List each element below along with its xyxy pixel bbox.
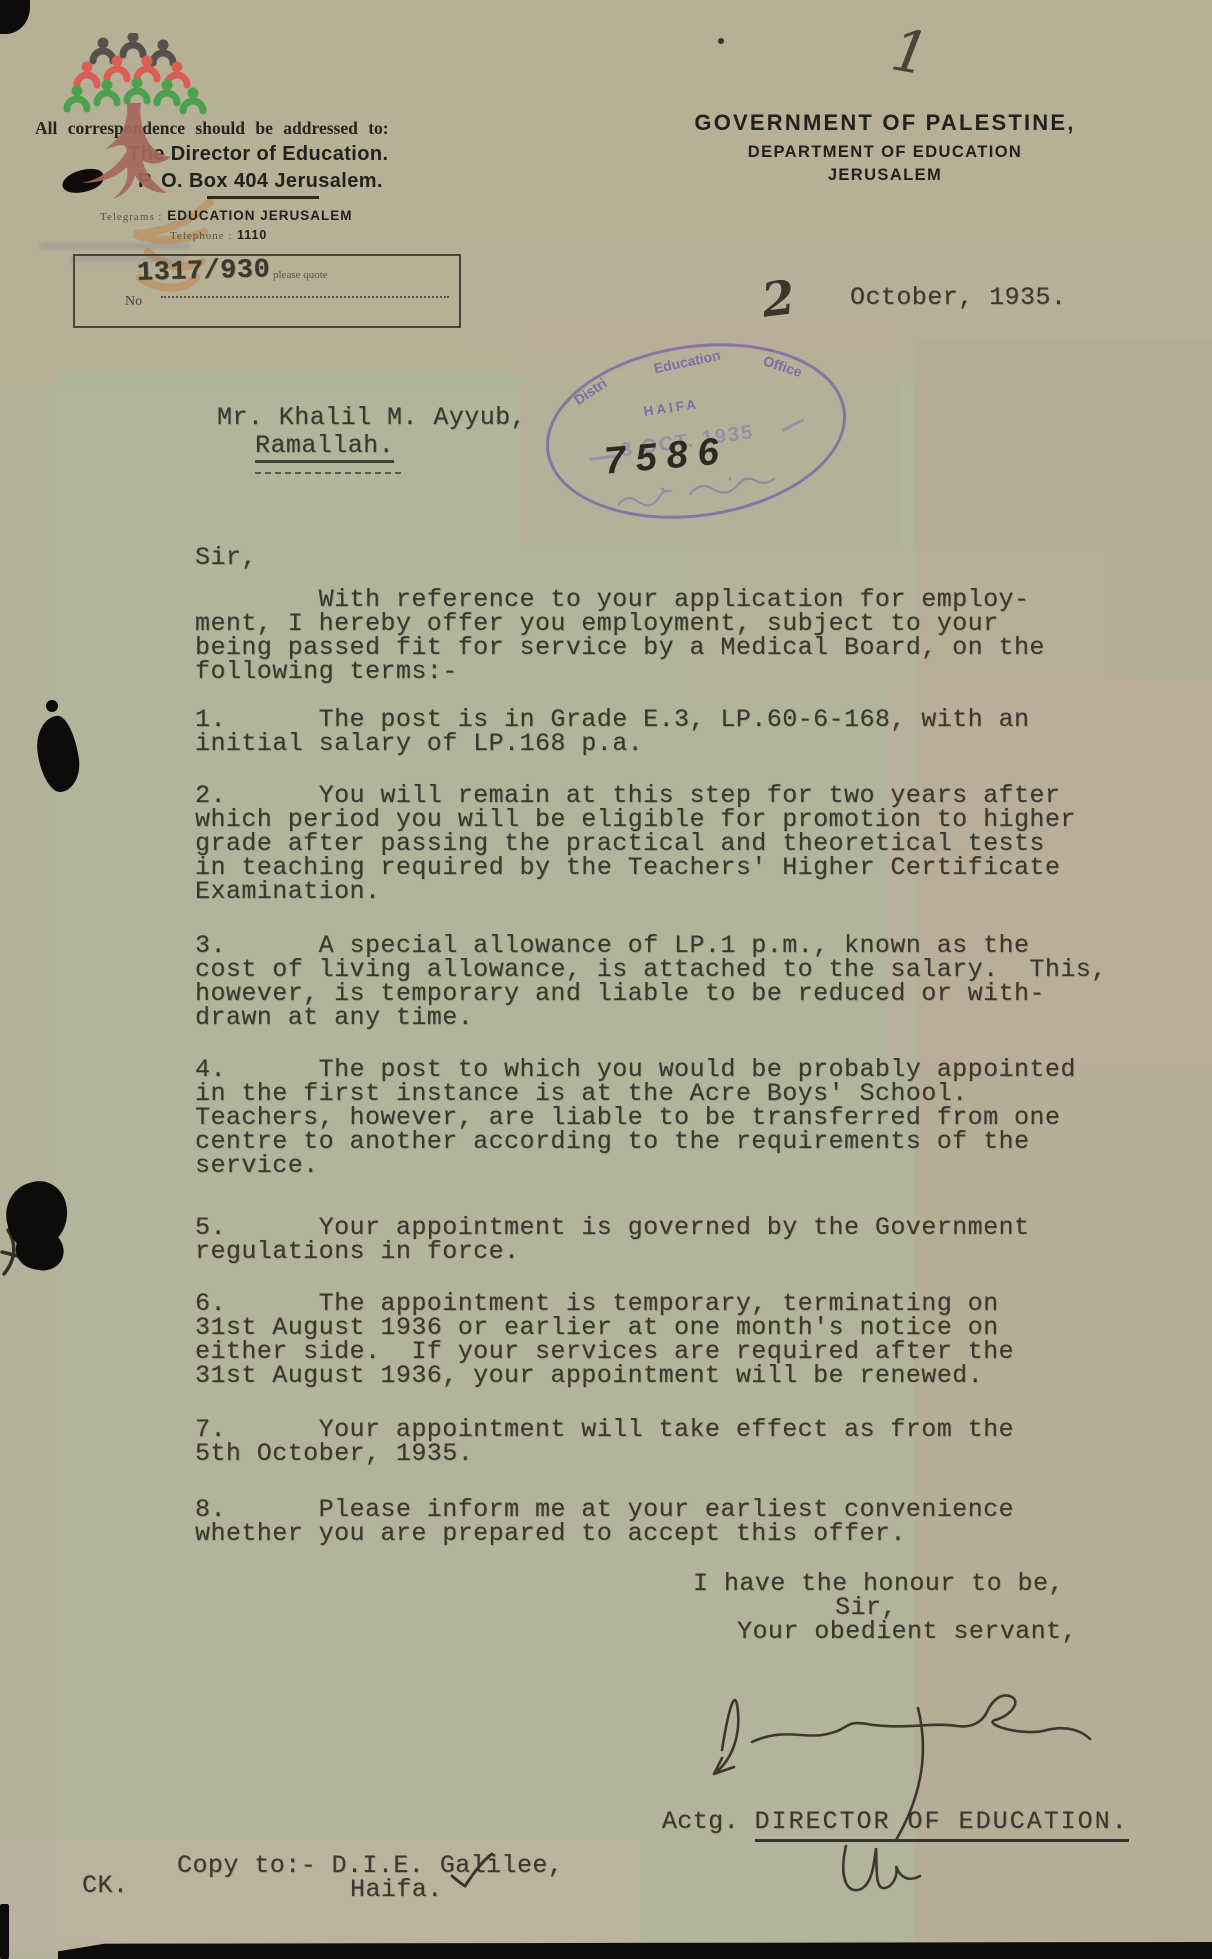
term-item-1: 1. The post is in Grade E.3, LP.60-6-168…	[195, 708, 1029, 756]
no-dotted-line	[161, 296, 449, 298]
scan-edge-bar	[58, 1942, 1212, 1959]
term-item-3: 3. A special allowance of LP.1 p.m., kno…	[195, 934, 1107, 1030]
speck	[718, 38, 724, 44]
term-item-7: 7. Your appointment will take effect as …	[195, 1418, 1014, 1466]
salutation: Sir,	[195, 546, 257, 570]
scan-edge-strip	[0, 1904, 9, 1959]
checkmark	[448, 1850, 496, 1892]
city-title: JERUSALEM	[620, 166, 1150, 185]
archive-tree-watermark	[55, 33, 210, 213]
intro-paragraph: With reference to your application for e…	[195, 588, 1045, 684]
typist-initials: CK.	[82, 1874, 128, 1898]
term-item-5: 5. Your appointment is governed by the G…	[195, 1216, 1029, 1264]
please-quote-note: please quote	[273, 269, 328, 281]
term-item-4: 4. The post to which you would be probab…	[195, 1058, 1076, 1178]
reference-number-typed: 1317/930	[137, 258, 271, 285]
telephone-value: 1110	[237, 228, 267, 242]
ink-blemish	[46, 700, 58, 712]
copy-to-city: Haifa.	[350, 1878, 443, 1902]
reference-number-box: 1317/930 please quote No	[73, 254, 461, 328]
handwritten-initial-mark	[822, 1824, 932, 1924]
term-item-8: 8. Please inform me at your earliest con…	[195, 1498, 1014, 1546]
closing-line-3: Your obedient servant,	[737, 1620, 1077, 1644]
addressee-underline-dashes	[255, 472, 401, 474]
term-item-2: 2. You will remain at this step for two …	[195, 784, 1076, 904]
telephone-label: Telephone :	[170, 230, 232, 242]
letterhead-government-block: GOVERNMENT OF PALESTINE, DEPARTMENT OF E…	[620, 110, 1150, 185]
folio-number: 1	[886, 15, 934, 88]
typed-date: October, 1935.	[850, 286, 1066, 310]
term-item-6: 6. The appointment is temporary, termina…	[195, 1292, 1014, 1388]
scanned-letter-page: 1 All correspondence should be addressed…	[0, 0, 1212, 1959]
paper-patch	[460, 240, 1212, 340]
addressee-name: Mr. Khalil M. Ayyub,	[217, 406, 526, 430]
handwritten-day: 2	[759, 270, 798, 329]
government-title: GOVERNMENT OF PALESTINE,	[620, 110, 1150, 136]
addressee-city: Ramallah.	[255, 434, 394, 463]
signature-scrawl	[690, 1642, 1105, 1847]
ink-blemish	[33, 714, 83, 795]
ink-blemish	[0, 0, 30, 34]
district-education-office-stamp: Distri Education Office HAIFA 3 OCT. 193…	[535, 325, 858, 537]
no-label: No	[125, 294, 142, 310]
department-title: DEPARTMENT OF EDUCATION	[620, 143, 1150, 162]
letterhead-telephone: Telephone : 1110	[170, 228, 267, 242]
